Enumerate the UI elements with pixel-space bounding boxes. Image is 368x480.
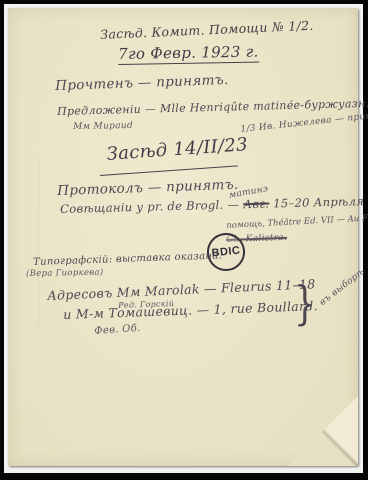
session1-date: 7го Февр. 1923 г.	[118, 43, 259, 65]
handwriting-layer: Засѣд. Комит. Помощи № 1/2. 7го Февр. 19…	[0, 0, 368, 480]
line-addr2: и М-м Томашевиц. — 1, rue Boullard.	[63, 298, 318, 322]
line-addr2-sub: Фев. Об.	[94, 323, 141, 337]
line-typo-sub: (Вера Гиоркева)	[26, 268, 104, 279]
line-typo: Типографскій: выставка оказана.	[33, 250, 222, 268]
line-read: Прочтенъ — принятъ.	[55, 72, 229, 94]
scanned-manuscript-photo: Засѣд. Комит. Помощи № 1/2. 7го Февр. 19…	[0, 0, 368, 480]
address-brace: }	[294, 280, 316, 326]
line-proposal: Предложеніи — Mlle Henriqûte matinée-бур…	[57, 97, 368, 118]
line-meeting-note1: помощь, Théâtre Ed. VII — Au Franc.	[226, 212, 368, 231]
brace-note: въ выборѣ	[318, 267, 367, 308]
session2-underline	[100, 165, 238, 176]
line-proposal-sub: Мм Мираud	[73, 121, 133, 132]
line-protocol: Протоколъ — принятъ.	[57, 177, 239, 199]
session1-title: Засѣд. Комит. Помощи № 1/2.	[100, 18, 314, 42]
date-underlined: 7го Февр. 1923 г.	[118, 43, 259, 65]
meeting-text: Совѣщаніи у pr. de Brogl. —	[60, 197, 243, 216]
meeting-dates: 15–20 Апрѣля	[269, 194, 364, 210]
line-meeting: Совѣщаніи у pr. de Brogl. — Авг. 15–20 А…	[60, 194, 364, 216]
paper-fold-corner	[288, 396, 358, 466]
session2-title: Засѣд 14/II/23	[106, 134, 249, 165]
meeting-struck-word: Авг.	[243, 197, 269, 212]
